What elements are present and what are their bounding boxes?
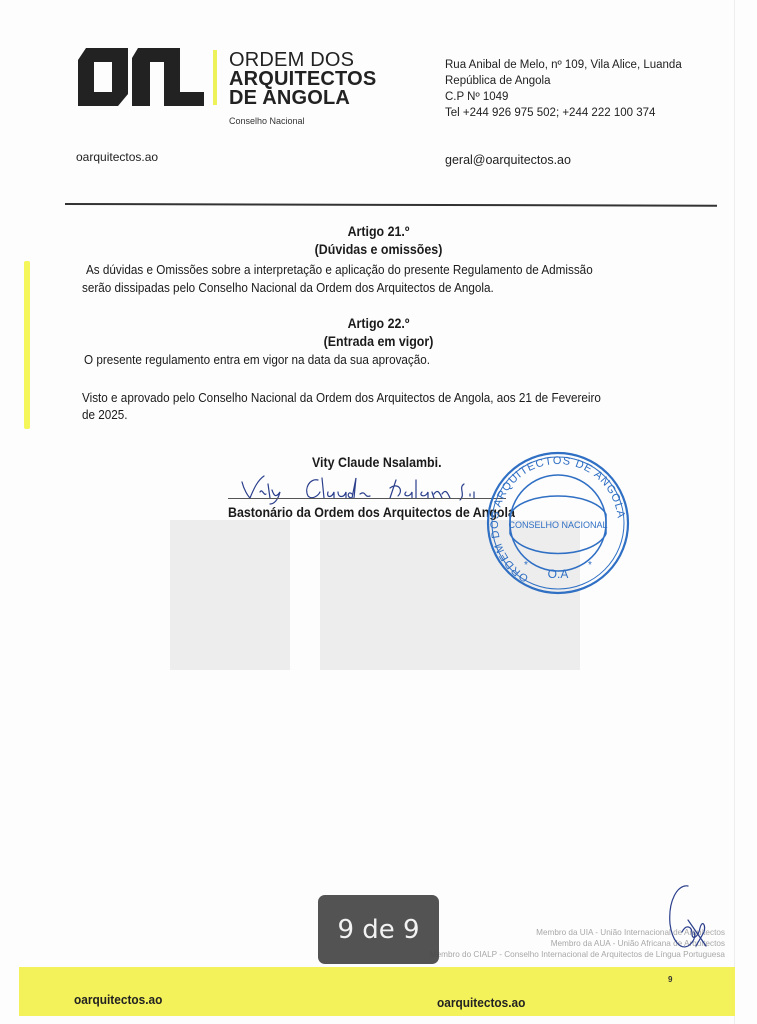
website-link[interactable]: oarquitectos.ao: [76, 150, 158, 164]
handwritten-initials: [658, 880, 710, 956]
handwritten-signature: [230, 470, 490, 506]
address-line: Rua Anibal de Melo, nº 109, Vila Alice, …: [445, 57, 682, 73]
page-number: 9: [668, 975, 672, 984]
footer-website-left[interactable]: oarquitectos.ao: [74, 993, 162, 1007]
logo-divider: [213, 50, 217, 105]
article-22-number: Artigo 22.º: [30, 316, 726, 331]
address-line: República de Angola: [445, 73, 682, 89]
signature-line: [228, 498, 506, 499]
email-link[interactable]: geral@oarquitectos.ao: [445, 153, 571, 167]
article-21-body-line: As dúvidas e Omissões sobre a interpreta…: [86, 261, 614, 279]
stamp-center-text: CONSELHO NACIONAL: [508, 520, 607, 530]
org-name-line-3: DE ANGOLA: [229, 89, 376, 108]
svg-text:*: *: [524, 560, 528, 571]
address-block: Rua Anibal de Melo, nº 109, Vila Alice, …: [445, 57, 682, 121]
article-21-body-line: serão dissipadas pelo Conselho Nacional …: [82, 279, 610, 297]
page-indicator-badge: 9 de 9: [318, 895, 439, 964]
article-22-title: (Entrada em vigor): [30, 334, 726, 349]
approval-line: Visto e aprovado pelo Conselho Nacional …: [82, 389, 610, 407]
article-21-number: Artigo 21.º: [30, 224, 726, 239]
official-stamp-icon: ORDEM DOS ARQUITECTOS DE ANGOLA CONSELHO…: [484, 450, 632, 596]
address-line: C.P Nº 1049: [445, 89, 682, 105]
svg-text:O.A: O.A: [548, 567, 569, 581]
footer-band: [19, 967, 735, 1016]
svg-text:*: *: [588, 560, 592, 571]
page-edge: [734, 0, 735, 1024]
footer-website-center[interactable]: oarquitectos.ao: [437, 996, 525, 1010]
signatory-title: Bastonário da Ordem dos Arquitectos de A…: [228, 505, 515, 520]
header-divider: [65, 203, 717, 207]
highlight-margin-bar: [24, 261, 30, 429]
address-line: Tel +244 926 975 502; +244 222 100 374: [445, 105, 682, 121]
oa-logo-icon: [76, 46, 206, 108]
approval-line: de 2025.: [82, 406, 610, 424]
org-subtitle: Conselho Nacional: [229, 116, 305, 126]
article-21-title: (Dúvidas e omissões): [30, 242, 726, 257]
article-22-body-line: O presente regulamento entra em vigor na…: [84, 351, 612, 369]
org-name: ORDEM DOS ARQUITECTOS DE ANGOLA: [229, 51, 376, 108]
signatory-name: Vity Claude Nsalambi.: [312, 455, 442, 470]
